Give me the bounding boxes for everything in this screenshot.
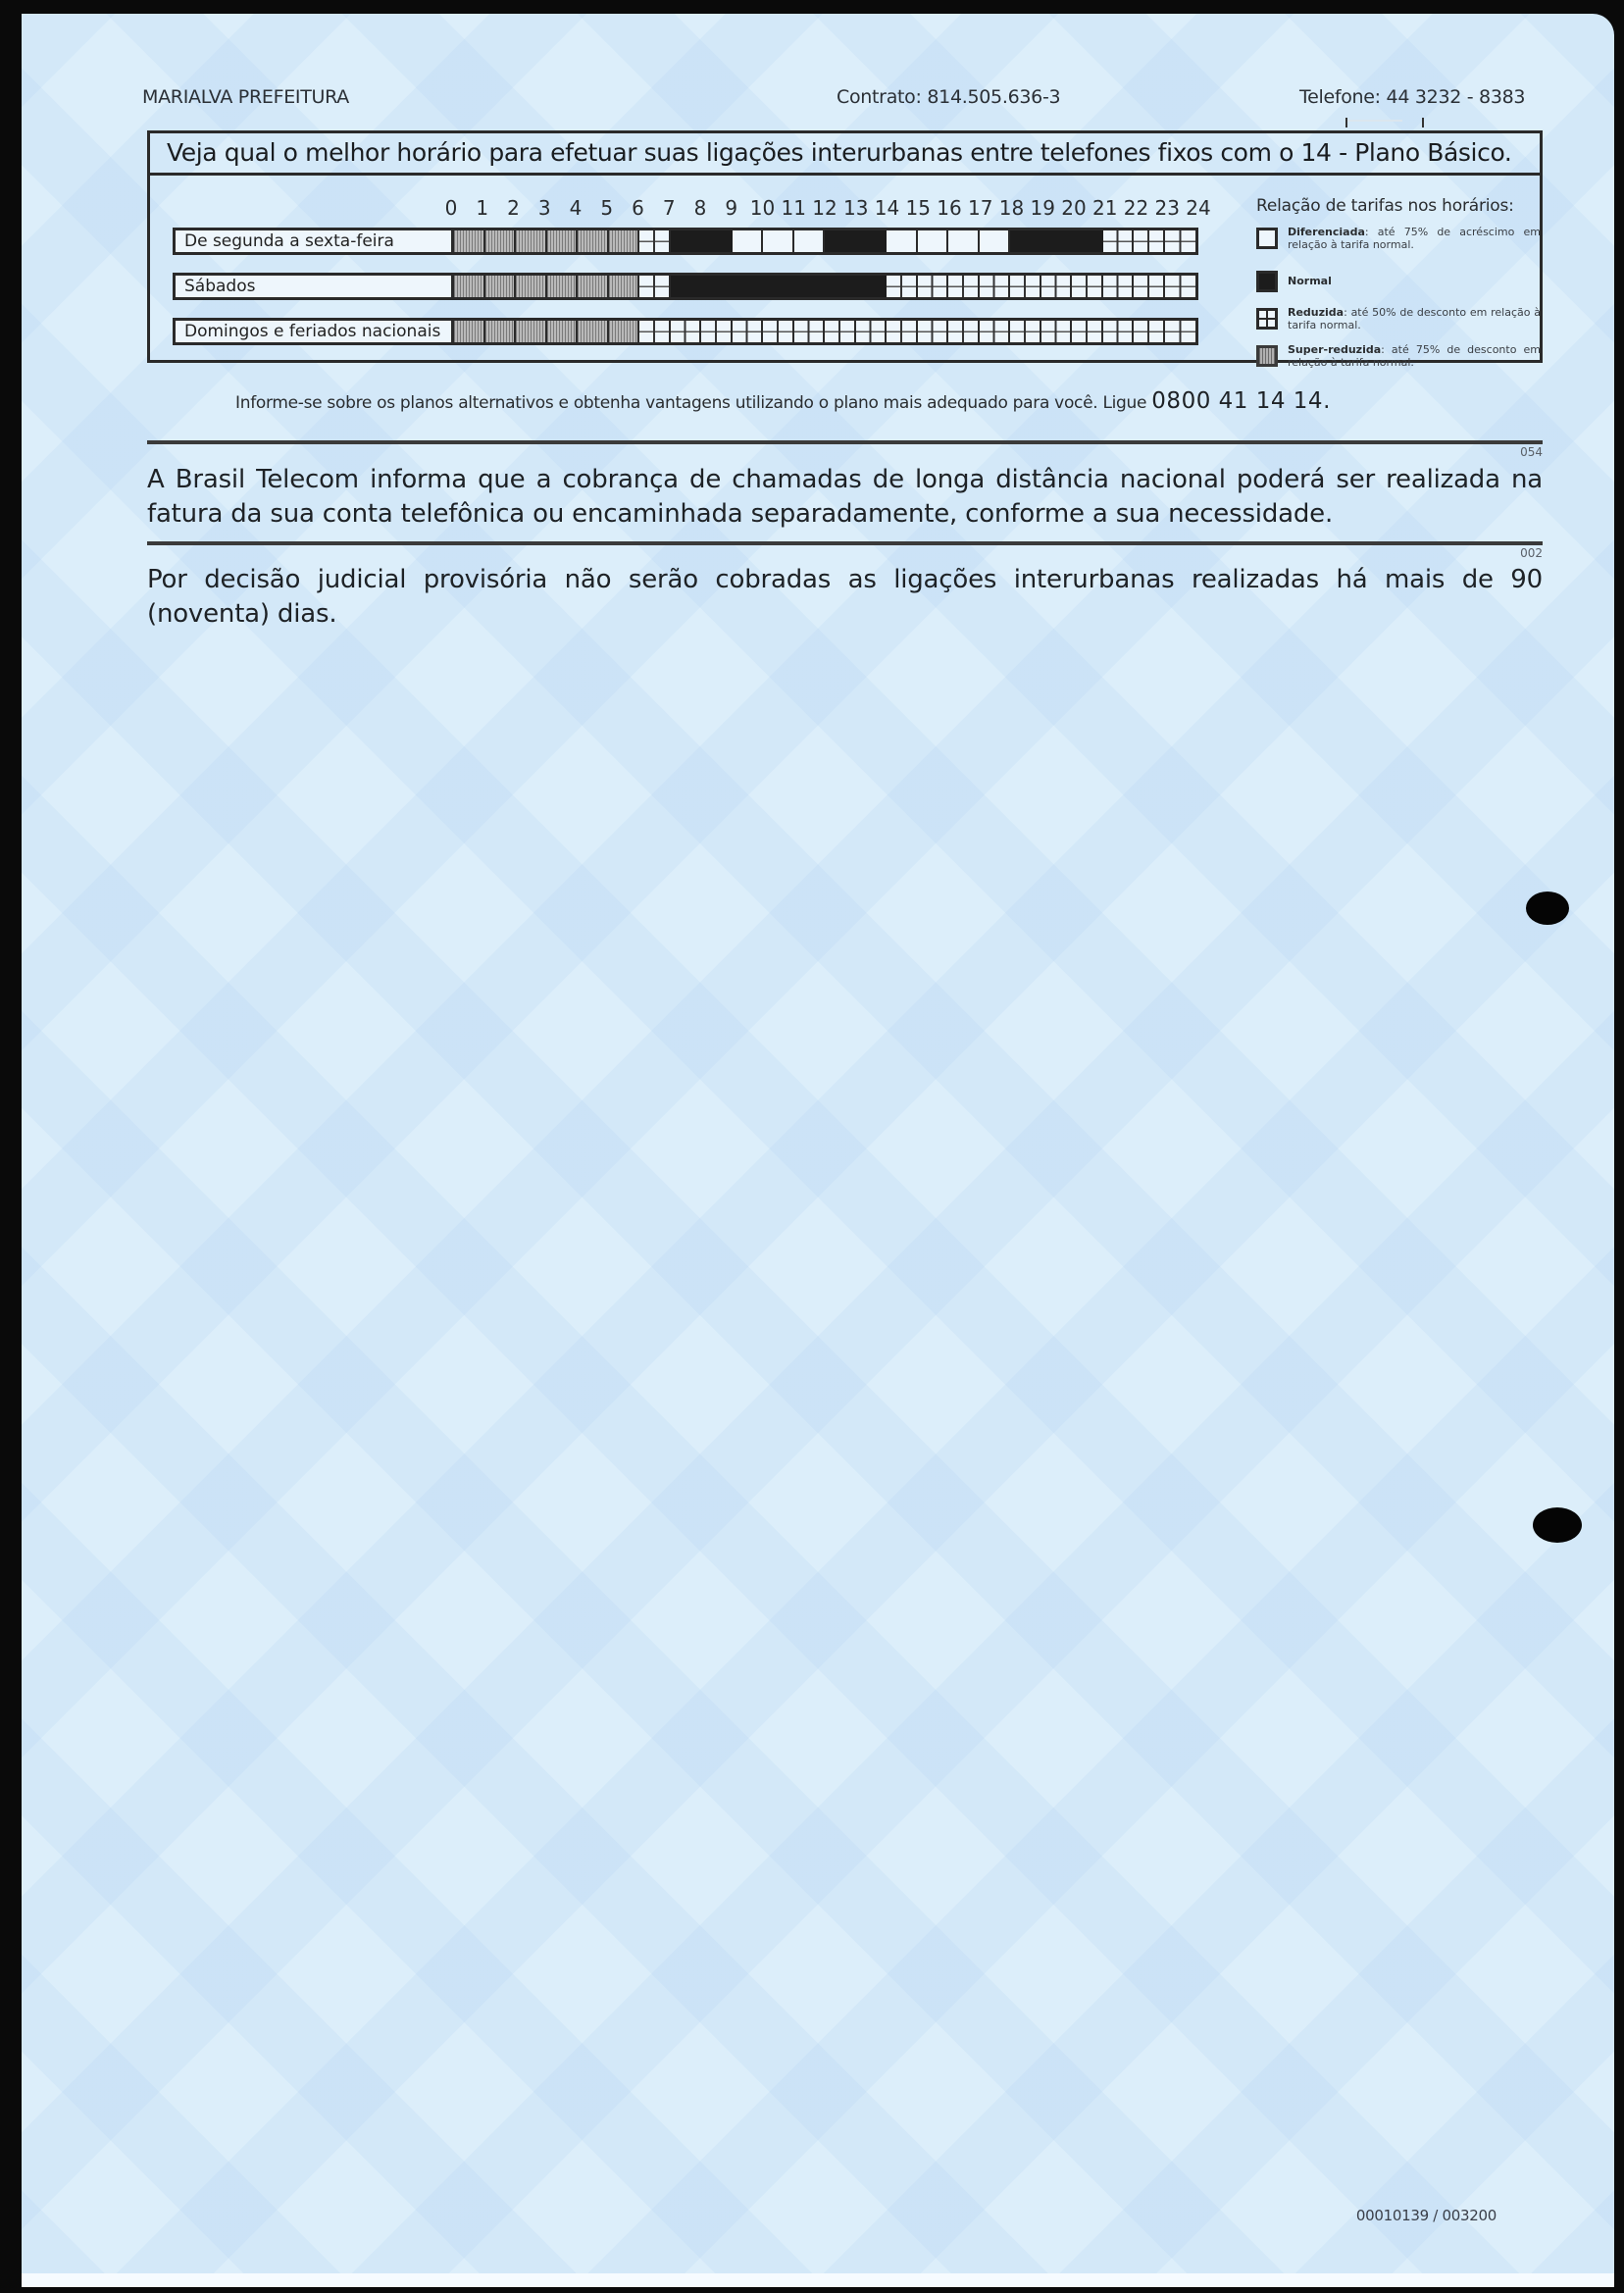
reduced-swatch-icon [1256,308,1278,330]
rate-cell-normal [701,276,733,297]
rate-cell-reduced [948,321,980,342]
hour-label: 16 [937,196,961,220]
scan-tick-right [1422,118,1424,127]
row-cells-saturdays [451,273,1198,300]
rate-cell-reduced [671,321,702,342]
hour-label: 19 [1031,196,1055,220]
rate-cell-super [609,321,640,342]
hour-label: 10 [750,196,775,220]
rate-cell-diff [948,230,980,252]
divider-054: 054 [147,440,1543,444]
rate-cell-reduced [733,321,764,342]
client-name: MARIALVA PREFEITURA [142,86,349,108]
rate-table: Veja qual o melhor horário para efetuar … [147,130,1543,363]
rate-cell-reduced [980,321,1011,342]
rate-cell-reduced [1134,230,1165,252]
hour-label: 21 [1092,196,1117,220]
rate-cell-reduced [887,276,918,297]
rate-cell-reduced [639,230,671,252]
differentiated-swatch-icon [1256,228,1278,249]
rate-cell-super [578,321,609,342]
rate-cell-reduced [701,321,733,342]
legend-name: Normal [1288,275,1332,287]
hour-label: 1 [476,196,488,220]
hour-label: 20 [1061,196,1086,220]
rate-cell-reduced [1165,230,1195,252]
rate-cell-super [454,321,485,342]
rate-cell-super [454,276,485,297]
rate-cell-reduced [856,321,888,342]
phone-info: Telefone: 44 3232 - 8383 [1299,86,1525,108]
rate-cell-reduced [1041,276,1073,297]
rate-cell-diff [733,230,764,252]
rate-cell-normal [856,276,888,297]
hour-label: 23 [1155,196,1180,220]
hour-label: 7 [663,196,676,220]
hour-label: 6 [632,196,644,220]
rate-cell-super [547,230,579,252]
rate-cell-normal [1010,230,1041,252]
hour-label: 13 [843,196,868,220]
hour-label: 3 [538,196,551,220]
rate-cell-reduced [639,321,671,342]
rate-cell-diff [980,230,1011,252]
rate-cell-super [516,230,547,252]
hour-label: 12 [812,196,837,220]
hour-label: 5 [600,196,613,220]
rate-cell-normal [825,230,856,252]
rate-cell-normal [671,276,702,297]
rate-cell-normal [763,276,794,297]
legend-title: Relação de tarifas nos horários: [1256,196,1541,216]
rate-cell-super [578,230,609,252]
hour-label: 24 [1186,196,1210,220]
sequence-number: 00010139 / 003200 [1356,2207,1497,2224]
contract-label: Contrato: [837,86,922,108]
rate-cell-reduced [918,321,949,342]
rate-cell-diff [794,230,826,252]
scan-tick-left [1345,118,1347,127]
rate-cell-reduced [639,276,671,297]
rate-cell-normal [733,276,764,297]
legend-name: Reduzida [1288,306,1344,319]
rate-cell-normal [825,276,856,297]
row-label-sundays-holidays: Domingos e feriados nacionais [173,318,451,345]
hour-label: 17 [968,196,992,220]
hour-label: 11 [782,196,806,220]
rate-cell-reduced [1010,321,1041,342]
contract-info: Contrato: 814.505.636-3 [837,86,1060,108]
rate-cell-reduced [1072,321,1103,342]
hour-label: 2 [507,196,520,220]
row-cells-weekdays [451,228,1198,255]
rate-cell-normal [1072,230,1103,252]
contract-number: 814.505.636-3 [927,86,1060,108]
rate-cell-normal [701,230,733,252]
rate-cell-reduced [948,276,980,297]
rate-cell-reduced [1165,321,1195,342]
rate-cell-diff [918,230,949,252]
rate-cell-super [547,321,579,342]
rate-cell-super [454,230,485,252]
divider-002: 002 [147,541,1543,545]
rate-cell-super [485,230,517,252]
rate-cell-normal [856,230,888,252]
punch-hole-icon [1526,892,1569,925]
rate-cell-super [516,321,547,342]
rate-cell-super [609,230,640,252]
rate-cell-reduced [1103,276,1135,297]
hour-label: 0 [445,196,458,220]
legend-name: Super-reduzida [1288,343,1381,356]
rate-cell-normal [1041,230,1073,252]
rate-cell-reduced [980,276,1011,297]
rate-cell-reduced [1134,321,1165,342]
rate-cell-diff [887,230,918,252]
super-reduced-swatch-icon [1256,345,1278,367]
rate-cell-reduced [1010,276,1041,297]
hour-label: 8 [694,196,707,220]
hour-label: 18 [999,196,1024,220]
rate-cell-diff [763,230,794,252]
plans-info: Informe-se sobre os planos alternativos … [235,388,1331,414]
notice-code: 054 [1520,445,1543,459]
rate-cell-normal [794,276,826,297]
rate-cell-super [516,276,547,297]
rate-cell-super [578,276,609,297]
row-label-weekdays: De segunda a sexta-feira [173,228,451,255]
row-cells-sundays-holidays [451,318,1198,345]
rate-cell-normal [671,230,702,252]
hour-label: 15 [906,196,931,220]
rate-table-title: Veja qual o melhor horário para efetuar … [150,133,1540,176]
punch-hole-icon [1533,1507,1582,1543]
notice-code: 002 [1520,546,1543,560]
legend-name: Diferenciada [1288,226,1365,238]
rate-cell-reduced [1134,276,1165,297]
rate-cell-reduced [794,321,826,342]
rate-cell-super [485,276,517,297]
hour-label: 9 [725,196,737,220]
hour-label: 14 [875,196,899,220]
phone-number: 44 3232 - 8383 [1387,86,1526,108]
notice-long-distance-billing: A Brasil Telecom informa que a cobrança … [147,463,1543,532]
rate-cell-reduced [1103,321,1135,342]
rate-legend: Relação de tarifas nos horários: Diferen… [1256,196,1541,216]
rate-cell-reduced [1041,321,1073,342]
hour-label: 4 [570,196,583,220]
rate-cell-super [547,276,579,297]
plans-info-text: Informe-se sobre os planos alternativos … [235,393,1146,413]
hour-label: 22 [1124,196,1148,220]
phone-label: Telefone: [1299,86,1381,108]
rate-cell-reduced [1165,276,1195,297]
row-label-saturdays: Sábados [173,273,451,300]
notice-judicial-decision: Por decisão judicial provisória não serã… [147,563,1543,632]
bill-page: MARIALVA PREFEITURA Contrato: 814.505.63… [22,14,1614,2287]
rate-cell-reduced [1103,230,1135,252]
rate-cell-reduced [1072,276,1103,297]
rate-cell-super [485,321,517,342]
rate-cell-reduced [825,321,856,342]
support-phone-number: 0800 41 14 14. [1151,388,1331,414]
rate-cell-reduced [763,321,794,342]
normal-swatch-icon [1256,271,1278,292]
rate-cell-reduced [887,321,918,342]
scan-mark [1347,120,1402,122]
rate-cell-reduced [918,276,949,297]
rate-cell-super [609,276,640,297]
